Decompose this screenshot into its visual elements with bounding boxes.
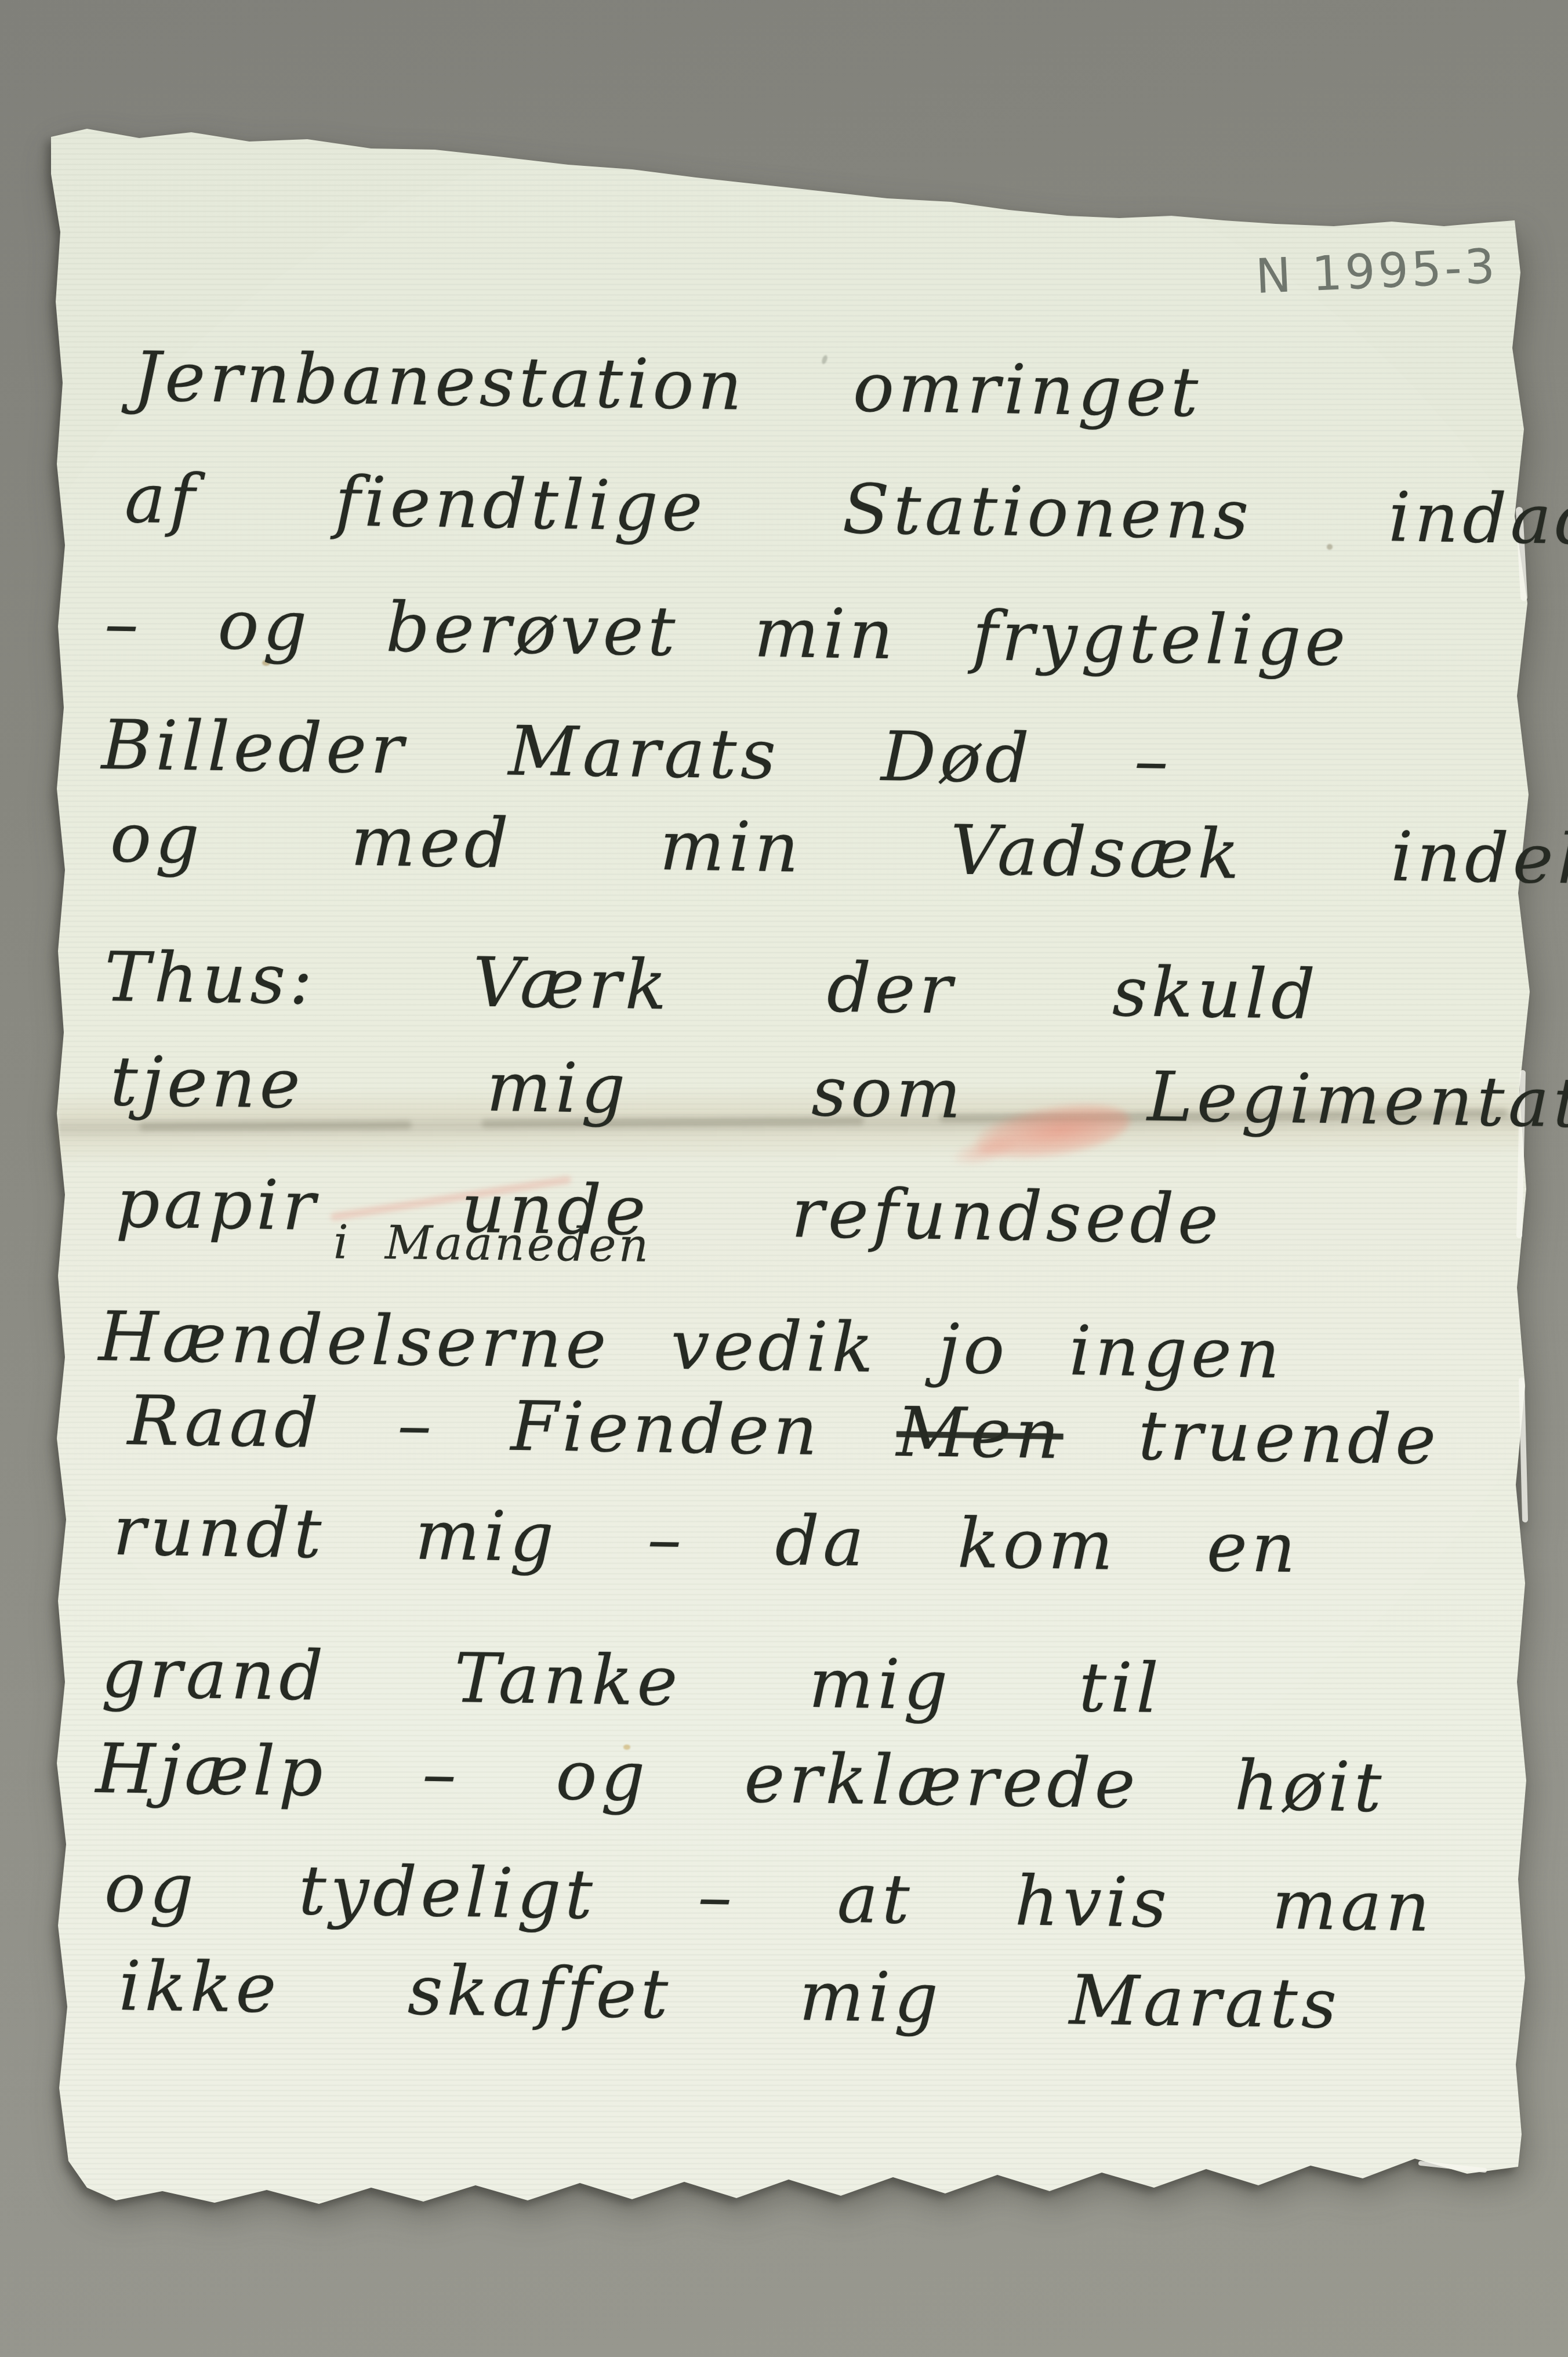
handwriting-line-4: Billeder Marats Død – [101,710,1173,795]
struck-word: Men [896,1392,1064,1474]
handwriting-line-12: grand Tanke mig til [101,1638,1163,1723]
handwriting-line-3: – og berøvet min frygtelige [104,589,1350,676]
handwriting-line-11: rundt mig – da kom en [112,1496,1300,1582]
handwriting-line-13: Hjælp – og erklærede høit [95,1734,1386,1822]
manuscript-photo: N 1995-3 Jernbanestation omringet af fie… [0,0,1568,2357]
interline-insertion: i Maaneden [333,1219,651,1269]
line10-before-strike: Raad – Fienden [127,1380,822,1471]
handwriting-line-6: Thus: Værk der skuld [104,942,1319,1029]
handwriting-line-1: Jernbanestation omringet [133,342,1203,426]
handwriting-line-8: papir unde refundsede [115,1169,1223,1253]
handwriting-line-15: ikke skaffet mig Marats [118,1952,1341,2038]
catalog-number: N 1995-3 [1254,243,1498,301]
handwriting-line-9: Hændelserne vedik jo ingen [98,1302,1284,1388]
handwriting-line-14: og tydeligt – at hvis man [104,1853,1434,1941]
handwriting-line-10: Raad – Fienden Men truende [127,1386,1440,1474]
line10-after-strike: truende [1138,1395,1440,1480]
